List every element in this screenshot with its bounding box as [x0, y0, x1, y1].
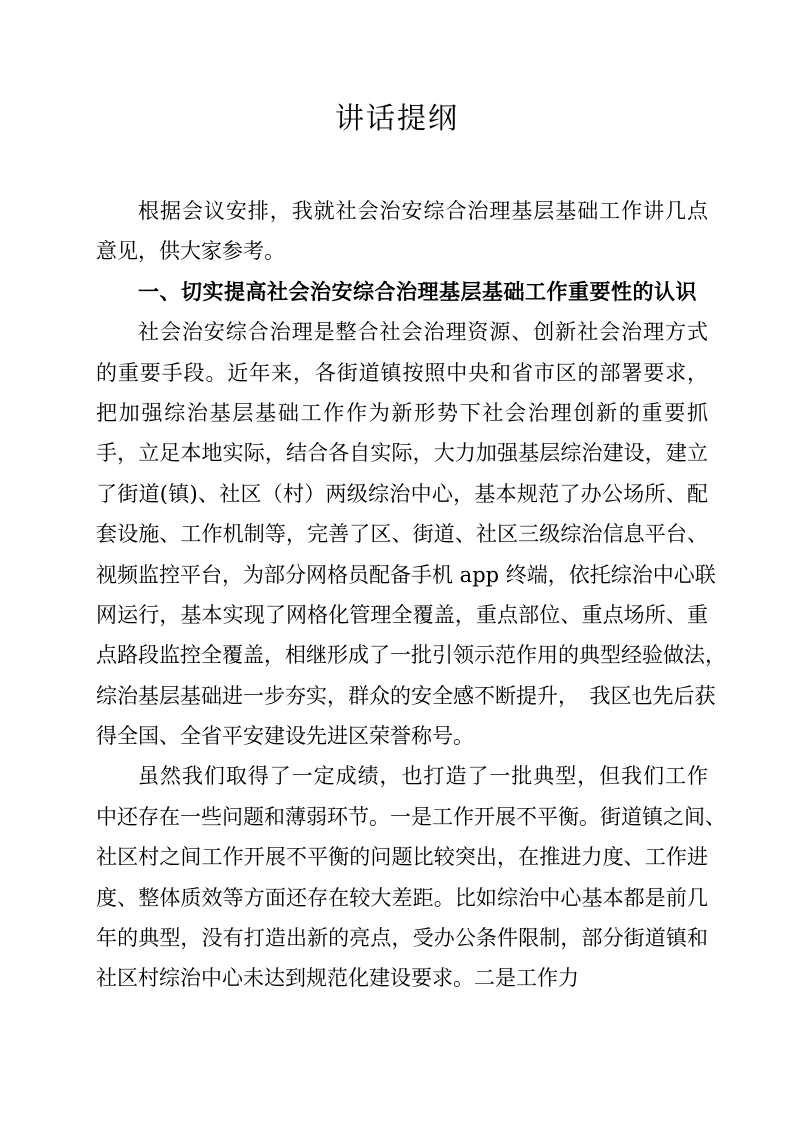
paragraph-line: 社区村之间工作开展不平衡的问题比较突出，在推进力度、工作进 [96, 837, 708, 877]
paragraph-line: 套设施、工作机制等，完善了区、街道、社区三级综治信息平台、 [96, 514, 708, 554]
paragraph-line: 根据会议安排，我就社会治安综合治理基层基础工作讲几点 [96, 191, 708, 231]
paragraph-line: 得全国、全省平安建设先进区荣誉称号。 [96, 716, 708, 756]
paragraph-line: 年的典型，没有打造出新的亮点，受办公条件限制，部分街道镇和 [96, 918, 708, 958]
document-page: 讲话提纲 根据会议安排，我就社会治安综合治理基层基础工作讲几点意见，供大家参考。… [0, 0, 794, 1122]
section-heading-line: 一、切实提高社会治安综合治理基层基础工作重要性的认识 [96, 272, 708, 312]
paragraph-line: 中还存在一些问题和薄弱环节。一是工作开展不平衡。街道镇之间、 [96, 797, 708, 837]
paragraph-line: 社会治安综合治理是整合社会治理资源、创新社会治理方式 [96, 312, 708, 352]
paragraph-line: 社区村综治中心未达到规范化建设要求。二是工作力 [96, 958, 708, 998]
document-body: 根据会议安排，我就社会治安综合治理基层基础工作讲几点意见，供大家参考。一、切实提… [96, 191, 708, 999]
document-title: 讲话提纲 [0, 101, 794, 135]
paragraph-line: 视频监控平台，为部分网格员配备手机 app 终端，依托综治中心联 [96, 555, 708, 595]
paragraph-line: 点路段监控全覆盖，相继形成了一批引领示范作用的典型经验做法， [96, 635, 708, 675]
paragraph-line: 意见，供大家参考。 [96, 231, 708, 271]
paragraph-line: 度、整体质效等方面还存在较大差距。比如综治中心基本都是前几 [96, 878, 708, 918]
paragraph-line: 虽然我们取得了一定成绩，也打造了一批典型，但我们工作 [96, 756, 708, 796]
paragraph-line: 综治基层基础进一步夯实，群众的安全感不断提升， 我区也先后获 [96, 676, 708, 716]
paragraph-line: 手，立足本地实际，结合各自实际，大力加强基层综治建设，建立 [96, 433, 708, 473]
paragraph-line: 了街道(镇)、社区（村）两级综治中心，基本规范了办公场所、配 [96, 474, 708, 514]
paragraph-line: 的重要手段。近年来，各街道镇按照中央和省市区的部署要求， [96, 353, 708, 393]
paragraph-line: 把加强综治基层基础工作作为新形势下社会治理创新的重要抓 [96, 393, 708, 433]
paragraph-line: 网运行，基本实现了网格化管理全覆盖，重点部位、重点场所、重 [96, 595, 708, 635]
